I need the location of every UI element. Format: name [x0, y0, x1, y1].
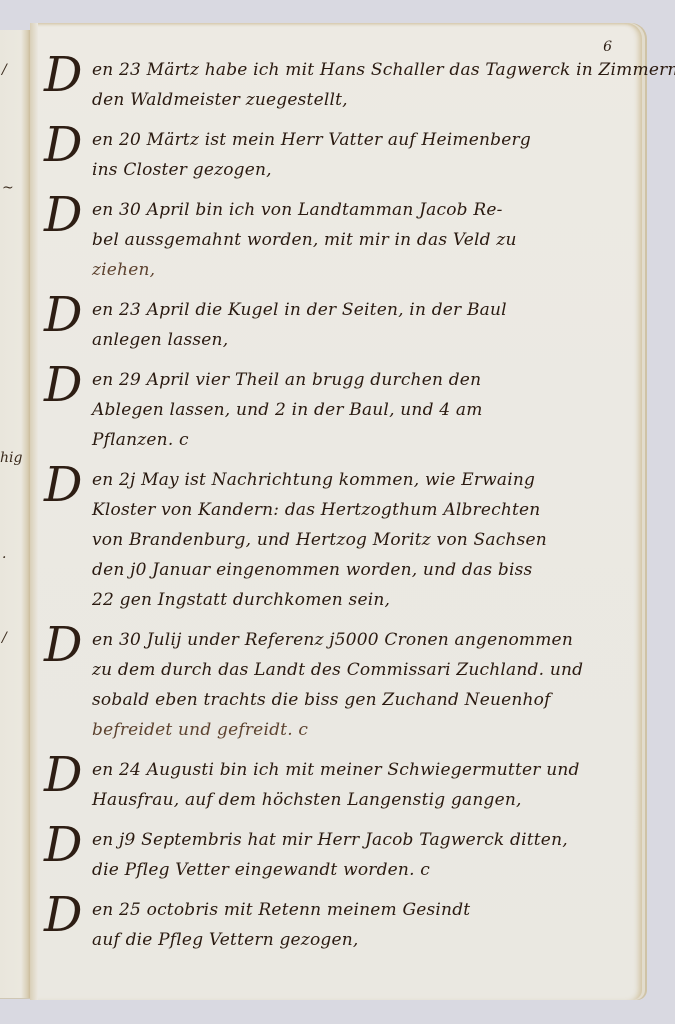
- diary-entry: D en 30 April bin ich von Landtamman Jac…: [82, 195, 622, 285]
- entry-line: 22 gen Ingstatt durchkomen sein,: [82, 585, 622, 615]
- entry-line: ziehen,: [82, 255, 622, 285]
- facing-page-mark: /: [2, 62, 7, 78]
- decorated-initial: D: [44, 891, 82, 939]
- diary-entry: D en j9 Septembris hat mir Herr Jacob Ta…: [82, 825, 622, 885]
- diary-entry: D en 23 Märtz habe ich mit Hans Schaller…: [82, 55, 622, 115]
- entry-line: en 24 Augusti bin ich mit meiner Schwieg…: [82, 755, 622, 785]
- decorated-initial: D: [44, 821, 82, 869]
- manuscript-page: 6 D en 23 Märtz habe ich mit Hans Schall…: [30, 23, 642, 1000]
- entry-line: en 23 Märtz habe ich mit Hans Schaller d…: [82, 55, 622, 85]
- diary-entries: D en 23 Märtz habe ich mit Hans Schaller…: [82, 55, 622, 965]
- entry-line: die Pfleg Vetter eingewandt worden. c: [82, 855, 622, 885]
- entry-line: Pflanzen. c: [82, 425, 622, 455]
- diary-entry: D en 24 Augusti bin ich mit meiner Schwi…: [82, 755, 622, 815]
- entry-line: befreidet und gefreidt. c: [82, 715, 622, 745]
- entry-line: Kloster von Kandern: das Hertzogthum Alb…: [82, 495, 622, 525]
- page-gutter: [30, 23, 38, 1000]
- entry-line: sobald eben trachts die biss gen Zuchand…: [82, 685, 622, 715]
- entry-line: zu dem durch das Landt des Commissari Zu…: [82, 655, 622, 685]
- diary-entry: D en 20 Märtz ist mein Herr Vatter auf H…: [82, 125, 622, 185]
- entry-line: Hausfrau, auf dem höchsten Langenstig ga…: [82, 785, 622, 815]
- diary-entry: D en 30 Julij under Referenz j5000 Crone…: [82, 625, 622, 745]
- entry-line: en 29 April vier Theil an brugg durchen …: [82, 365, 622, 395]
- diary-entry: D en 23 April die Kugel in der Seiten, i…: [82, 295, 622, 355]
- entry-line: en 30 Julij under Referenz j5000 Cronen …: [82, 625, 622, 655]
- entry-line: Ablegen lassen, und 2 in der Baul, und 4…: [82, 395, 622, 425]
- entry-line: den Waldmeister zuegestellt,: [82, 85, 622, 115]
- facing-page-mark: hig: [0, 450, 22, 466]
- facing-page-mark: ·: [2, 550, 6, 566]
- decorated-initial: D: [44, 51, 82, 99]
- facing-page-mark: /: [2, 630, 7, 646]
- folio-number: 6: [603, 39, 612, 55]
- entry-line: den j0 Januar eingenommen worden, und da…: [82, 555, 622, 585]
- entry-line: en 30 April bin ich von Landtamman Jacob…: [82, 195, 622, 225]
- facing-page-edge: / ~ hig · /: [0, 30, 30, 999]
- decorated-initial: D: [44, 121, 82, 169]
- entry-line: ins Closter gezogen,: [82, 155, 622, 185]
- decorated-initial: D: [44, 291, 82, 339]
- decorated-initial: D: [44, 361, 82, 409]
- entry-line: auf die Pfleg Vettern gezogen,: [82, 925, 622, 955]
- decorated-initial: D: [44, 191, 82, 239]
- entry-line: en 20 Märtz ist mein Herr Vatter auf Hei…: [82, 125, 622, 155]
- diary-entry: D en 29 April vier Theil an brugg durche…: [82, 365, 622, 455]
- decorated-initial: D: [44, 751, 82, 799]
- entry-line: en 2j May ist Nachrichtung kommen, wie E…: [82, 465, 622, 495]
- entry-line: en j9 Septembris hat mir Herr Jacob Tagw…: [82, 825, 622, 855]
- decorated-initial: D: [44, 621, 82, 669]
- entry-line: anlegen lassen,: [82, 325, 622, 355]
- entry-line: bel aussgemahnt worden, mit mir in das V…: [82, 225, 622, 255]
- entry-line: en 23 April die Kugel in der Seiten, in …: [82, 295, 622, 325]
- diary-entry: D en 2j May ist Nachrichtung kommen, wie…: [82, 465, 622, 615]
- entry-line: en 25 octobris mit Retenn meinem Gesindt: [82, 895, 622, 925]
- decorated-initial: D: [44, 461, 82, 509]
- entry-line: von Brandenburg, und Hertzog Moritz von …: [82, 525, 622, 555]
- facing-page-mark: ~: [2, 180, 14, 196]
- diary-entry: D en 25 octobris mit Retenn meinem Gesin…: [82, 895, 622, 955]
